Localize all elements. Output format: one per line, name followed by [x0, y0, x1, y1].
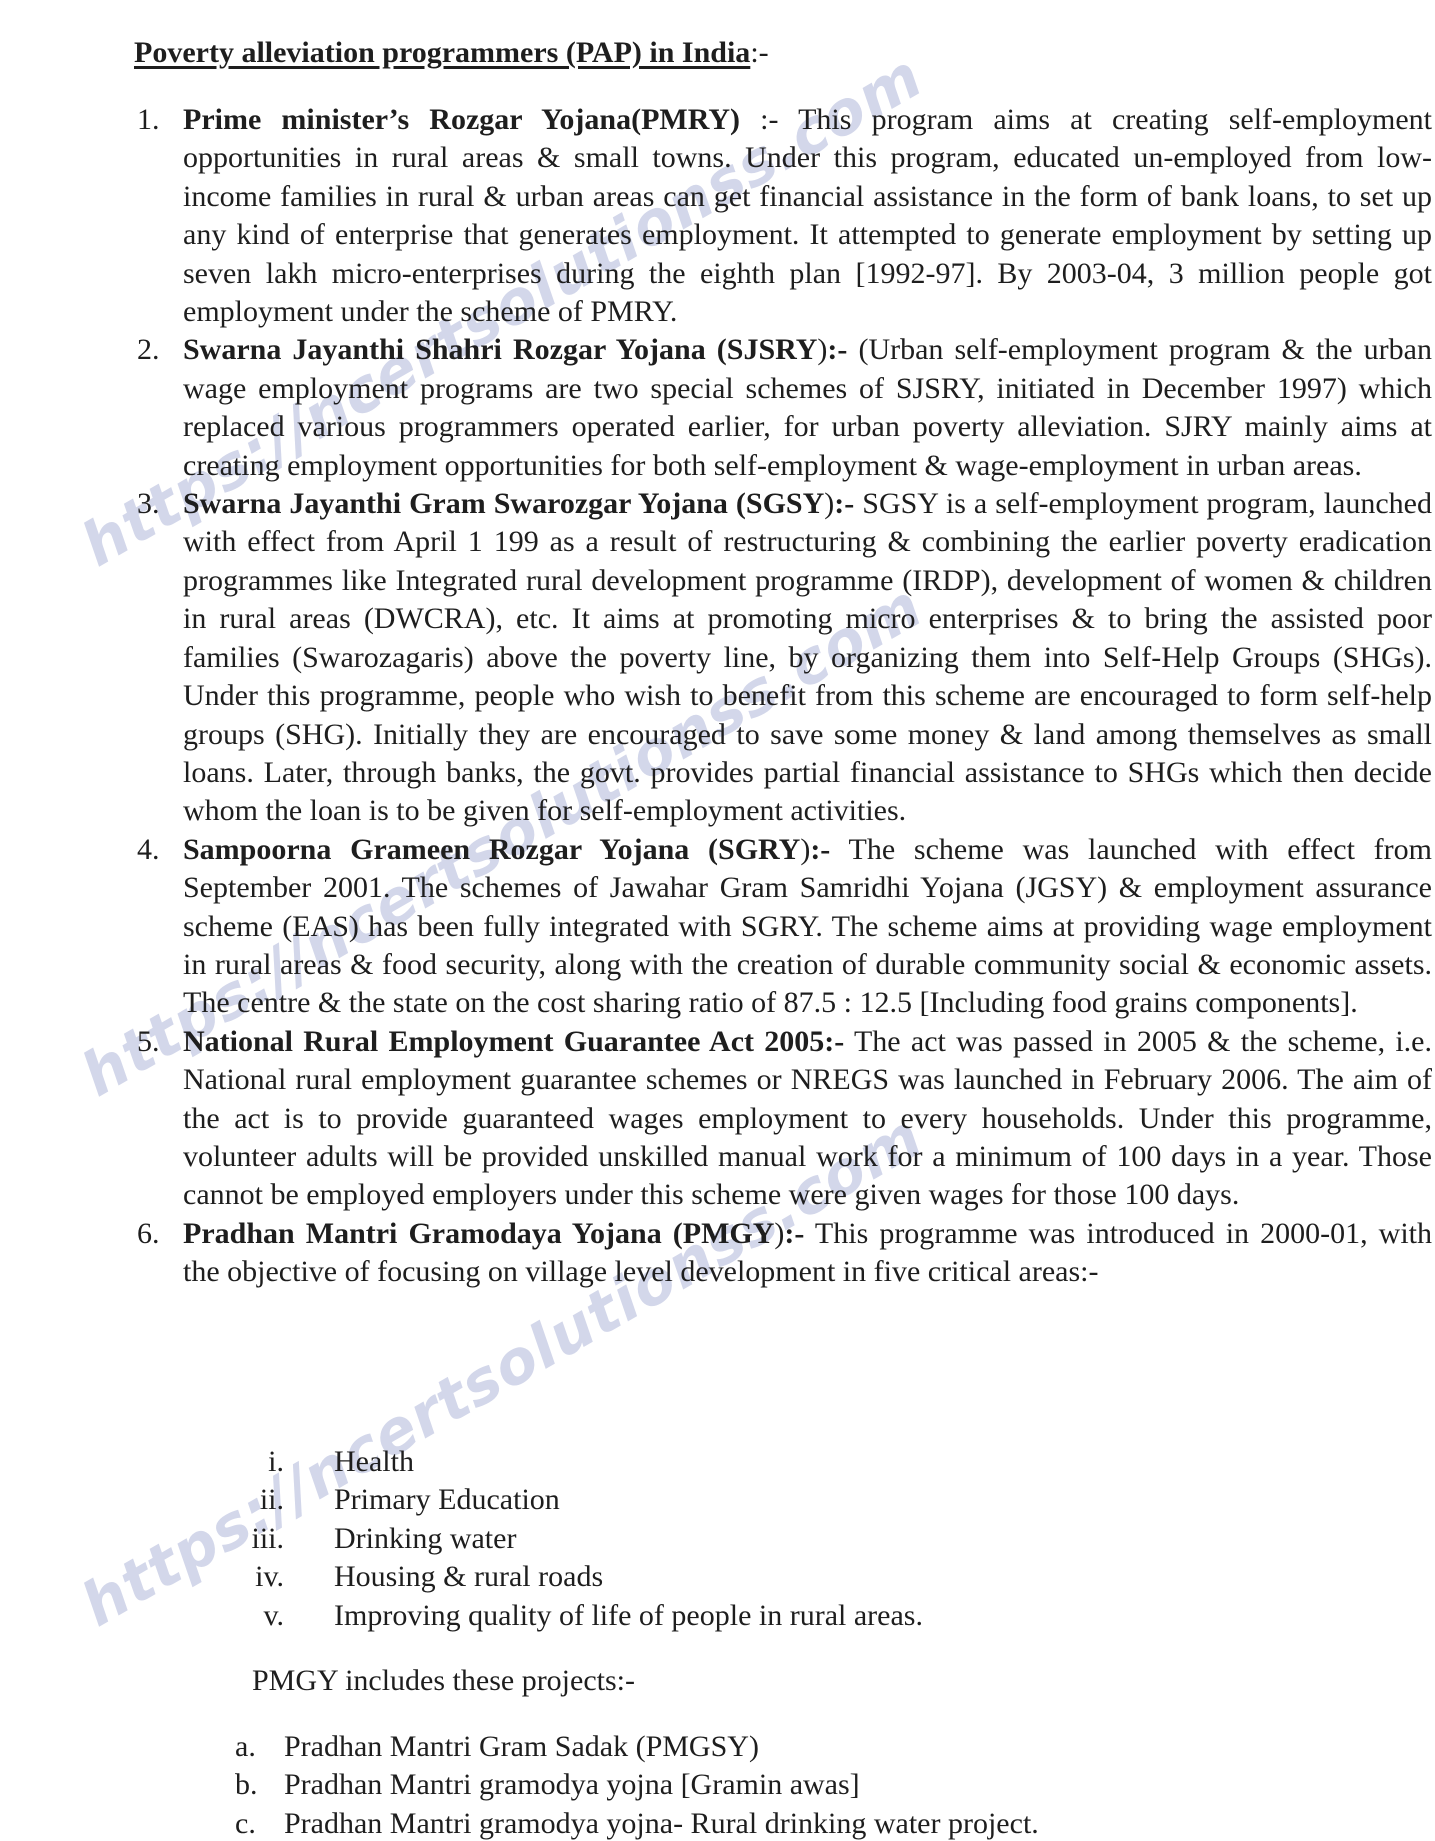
project-text: Pradhan Mantri Gram Sadak (PMGSY)	[284, 1728, 759, 1766]
item-body: Prime minister’s Rozgar Yojana(PMRY) :- …	[183, 101, 1432, 331]
item-heading: Swarna Jayanthi Gram Swarozgar Yojana (S…	[183, 487, 824, 520]
item-heading: Pradhan Mantri Gramodaya Yojana (PMGY	[183, 1217, 774, 1250]
critical-area-text: Housing & rural roads	[334, 1558, 603, 1596]
item-number: 3.	[137, 485, 160, 523]
item-separator: :-	[824, 1025, 844, 1058]
item-body: National Rural Employment Guarantee Act …	[183, 1023, 1432, 1215]
item-number: 2.	[137, 331, 160, 369]
critical-areas-list: i.Health ii.Primary Education iii.Drinki…	[0, 1443, 1435, 1635]
item-heading: National Rural Employment Guarantee Act …	[183, 1025, 824, 1058]
item-heading-tail: )	[817, 333, 827, 366]
item-text: SGSY is a self-employment program, launc…	[183, 487, 1432, 827]
item-heading-tail: )	[800, 833, 810, 866]
item-number: 6.	[137, 1215, 160, 1253]
item-separator: :-	[827, 333, 847, 366]
critical-area-item: i.Health	[0, 1443, 1435, 1481]
page-title: Poverty alleviation programmers (PAP) in…	[134, 34, 769, 72]
roman-numeral: iii.	[251, 1520, 284, 1558]
list-item: 1. Prime minister’s Rozgar Yojana(PMRY) …	[0, 101, 1435, 331]
item-body: Sampoorna Grameen Rozgar Yojana (SGRY):-…	[183, 831, 1432, 1023]
list-item: 4. Sampoorna Grameen Rozgar Yojana (SGRY…	[0, 831, 1435, 1023]
critical-area-text: Drinking water	[334, 1520, 516, 1558]
critical-area-item: iv.Housing & rural roads	[0, 1558, 1435, 1596]
project-letter: c.	[235, 1805, 256, 1841]
projects-list: a.Pradhan Mantri Gram Sadak (PMGSY) b.Pr…	[0, 1728, 1435, 1841]
roman-numeral: v.	[263, 1597, 284, 1635]
projects-intro: PMGY includes these projects:-	[252, 1662, 635, 1700]
item-separator: :-	[784, 1217, 804, 1250]
item-text: This program aims at creating self-emplo…	[183, 103, 1432, 328]
page-title-suffix: :-	[750, 36, 768, 69]
item-heading-tail: )	[774, 1217, 784, 1250]
item-heading-tail: )	[824, 487, 834, 520]
critical-area-text: Health	[334, 1443, 414, 1481]
list-item: 3. Swarna Jayanthi Gram Swarozgar Yojana…	[0, 485, 1435, 831]
item-number: 4.	[137, 831, 160, 869]
critical-area-text: Improving quality of life of people in r…	[334, 1597, 923, 1635]
item-body: Pradhan Mantri Gramodaya Yojana (PMGY):-…	[183, 1215, 1432, 1292]
item-separator: :-	[740, 103, 778, 136]
list-item: 2. Swarna Jayanthi Shahri Rozgar Yojana …	[0, 331, 1435, 485]
item-number: 1.	[137, 101, 160, 139]
project-text: Pradhan Mantri gramodya yojna- Rural dri…	[284, 1805, 1039, 1841]
project-letter: a.	[235, 1728, 256, 1766]
item-heading: Sampoorna Grameen Rozgar Yojana (SGRY	[183, 833, 800, 866]
item-heading: Prime minister’s Rozgar Yojana(PMRY)	[183, 103, 740, 136]
item-number: 5.	[137, 1023, 160, 1061]
critical-area-item: v.Improving quality of life of people in…	[0, 1597, 1435, 1635]
critical-area-item: iii.Drinking water	[0, 1520, 1435, 1558]
roman-numeral: ii.	[260, 1481, 284, 1519]
item-separator: :-	[834, 487, 854, 520]
project-text: Pradhan Mantri gramodya yojna [Gramin aw…	[284, 1766, 860, 1804]
project-item: a.Pradhan Mantri Gram Sadak (PMGSY)	[0, 1728, 1435, 1766]
project-item: b.Pradhan Mantri gramodya yojna [Gramin …	[0, 1766, 1435, 1804]
item-body: Swarna Jayanthi Gram Swarozgar Yojana (S…	[183, 485, 1432, 831]
page-title-text: Poverty alleviation programmers (PAP) in…	[134, 36, 750, 69]
item-separator: :-	[810, 833, 830, 866]
project-item: c.Pradhan Mantri gramodya yojna- Rural d…	[0, 1805, 1435, 1841]
project-letter: b.	[235, 1766, 258, 1804]
programme-list: 1. Prime minister’s Rozgar Yojana(PMRY) …	[0, 101, 1435, 1292]
critical-area-text: Primary Education	[334, 1481, 560, 1519]
list-item: 5. National Rural Employment Guarantee A…	[0, 1023, 1435, 1215]
item-heading: Swarna Jayanthi Shahri Rozgar Yojana (SJ…	[183, 333, 817, 366]
critical-area-item: ii.Primary Education	[0, 1481, 1435, 1519]
list-item: 6. Pradhan Mantri Gramodaya Yojana (PMGY…	[0, 1215, 1435, 1292]
roman-numeral: i.	[268, 1443, 284, 1481]
item-body: Swarna Jayanthi Shahri Rozgar Yojana (SJ…	[183, 331, 1432, 485]
roman-numeral: iv.	[255, 1558, 284, 1596]
